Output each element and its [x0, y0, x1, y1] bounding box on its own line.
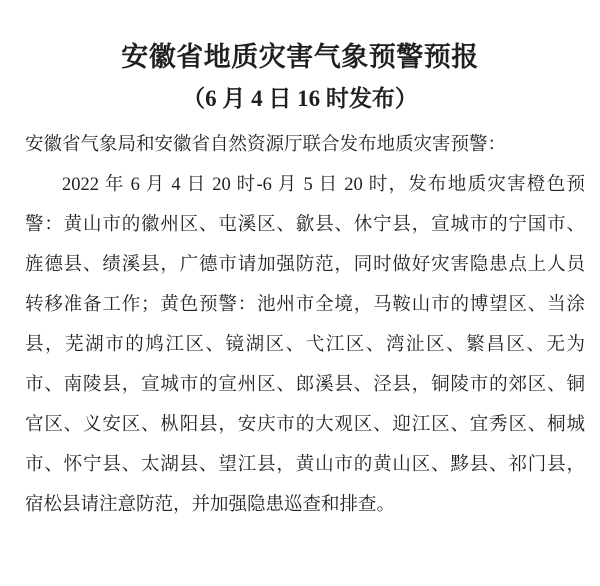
- warning-line: 转移准备工作；黄色预警：池州市全境，马鞍山市的博望区、当涂: [25, 285, 585, 325]
- warning-line: 县，芜湖市的鸠江区、镜湖区、弋江区、湾沚区、繁昌区、无为: [25, 325, 585, 365]
- warning-line: 市、南陵县，宣城市的宣州区、郎溪县、泾县，铜陵市的郊区、铜: [25, 365, 585, 405]
- warning-line: 旌德县、绩溪县，广德市请加强防范，同时做好灾害隐患点上人员: [25, 245, 585, 285]
- document-title: 安徽省地质灾害气象预警预报: [0, 0, 600, 74]
- intro-line: 安徽省气象局和安徽省自然资源厅联合发布地质灾害预警：: [25, 125, 585, 165]
- document-subtitle: （6 月 4 日 16 时发布）: [0, 84, 600, 114]
- warning-line: 警：黄山市的徽州区、屯溪区、歙县、休宁县，宣城市的宁国市、: [25, 205, 585, 245]
- warning-line: 官区、义安区、枞阳县，安庆市的大观区、迎江区、宜秀区、桐城: [25, 405, 585, 445]
- warning-line: 2022 年 6 月 4 日 20 时-6 月 5 日 20 时，发布地质灾害橙…: [25, 165, 585, 205]
- document-page: 安徽省地质灾害气象预警预报 （6 月 4 日 16 时发布） 安徽省气象局和安徽…: [0, 0, 600, 586]
- warning-line: 宿松县请注意防范，并加强隐患巡查和排查。: [25, 485, 585, 525]
- warning-line: 市、怀宁县、太湖县、望江县，黄山市的黄山区、黟县、祁门县，: [25, 445, 585, 485]
- document-body: 安徽省气象局和安徽省自然资源厅联合发布地质灾害预警： 2022 年 6 月 4 …: [25, 125, 585, 525]
